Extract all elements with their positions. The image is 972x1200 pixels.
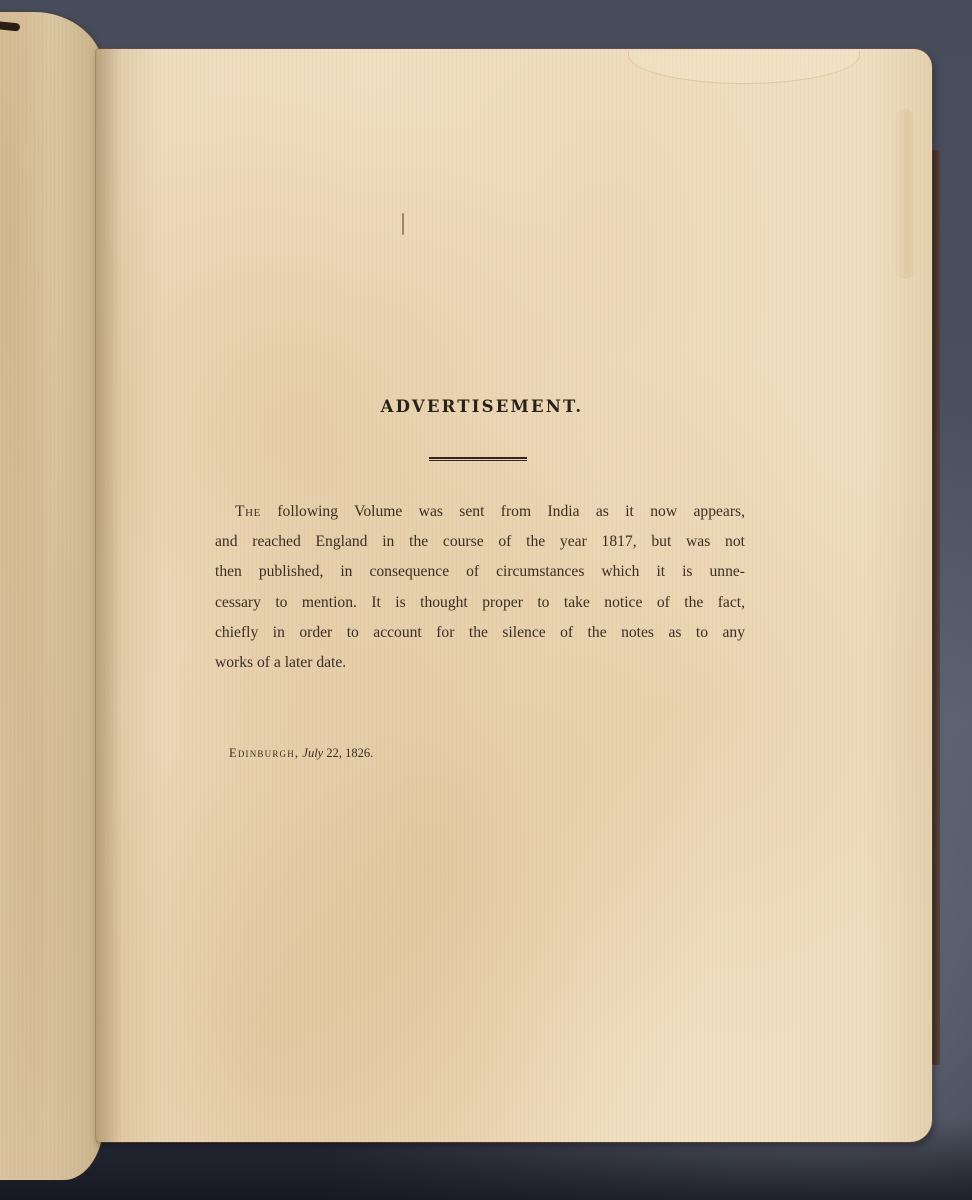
body-line-6: works of a later date. bbox=[215, 648, 745, 678]
dateline: Edinburgh, July 22, 1826. bbox=[229, 746, 373, 761]
body-line-1: The following Volume was sent from India… bbox=[215, 497, 745, 527]
page-title-block: ADVERTISEMENT. bbox=[362, 397, 602, 417]
body-line-3: then published, in consequence of circum… bbox=[215, 557, 745, 587]
page-content: ADVERTISEMENT. The following Volume was … bbox=[96, 49, 932, 1142]
book-page: ADVERTISEMENT. The following Volume was … bbox=[96, 49, 932, 1142]
lead-word: The bbox=[215, 503, 261, 520]
body-line-text: following Volume was sent from India as … bbox=[261, 503, 745, 520]
left-page-edge bbox=[0, 12, 104, 1180]
dateline-place: Edinburgh, bbox=[229, 746, 299, 760]
body-line-5: chiefly in order to account for the sile… bbox=[215, 618, 745, 648]
photo-scene: ADVERTISEMENT. The following Volume was … bbox=[0, 0, 972, 1200]
page-title: ADVERTISEMENT. bbox=[381, 397, 584, 416]
body-line-2: and reached England in the course of the… bbox=[215, 527, 745, 557]
book-cover-edge bbox=[932, 150, 940, 1065]
dateline-date: 22, 1826. bbox=[323, 746, 373, 760]
advertisement-paragraph: The following Volume was sent from India… bbox=[215, 497, 745, 678]
double-rule-divider bbox=[429, 457, 527, 461]
body-line-4: cessary to mention. It is thought proper… bbox=[215, 588, 745, 618]
dateline-month: July bbox=[302, 746, 323, 760]
binding-mark bbox=[0, 20, 20, 31]
